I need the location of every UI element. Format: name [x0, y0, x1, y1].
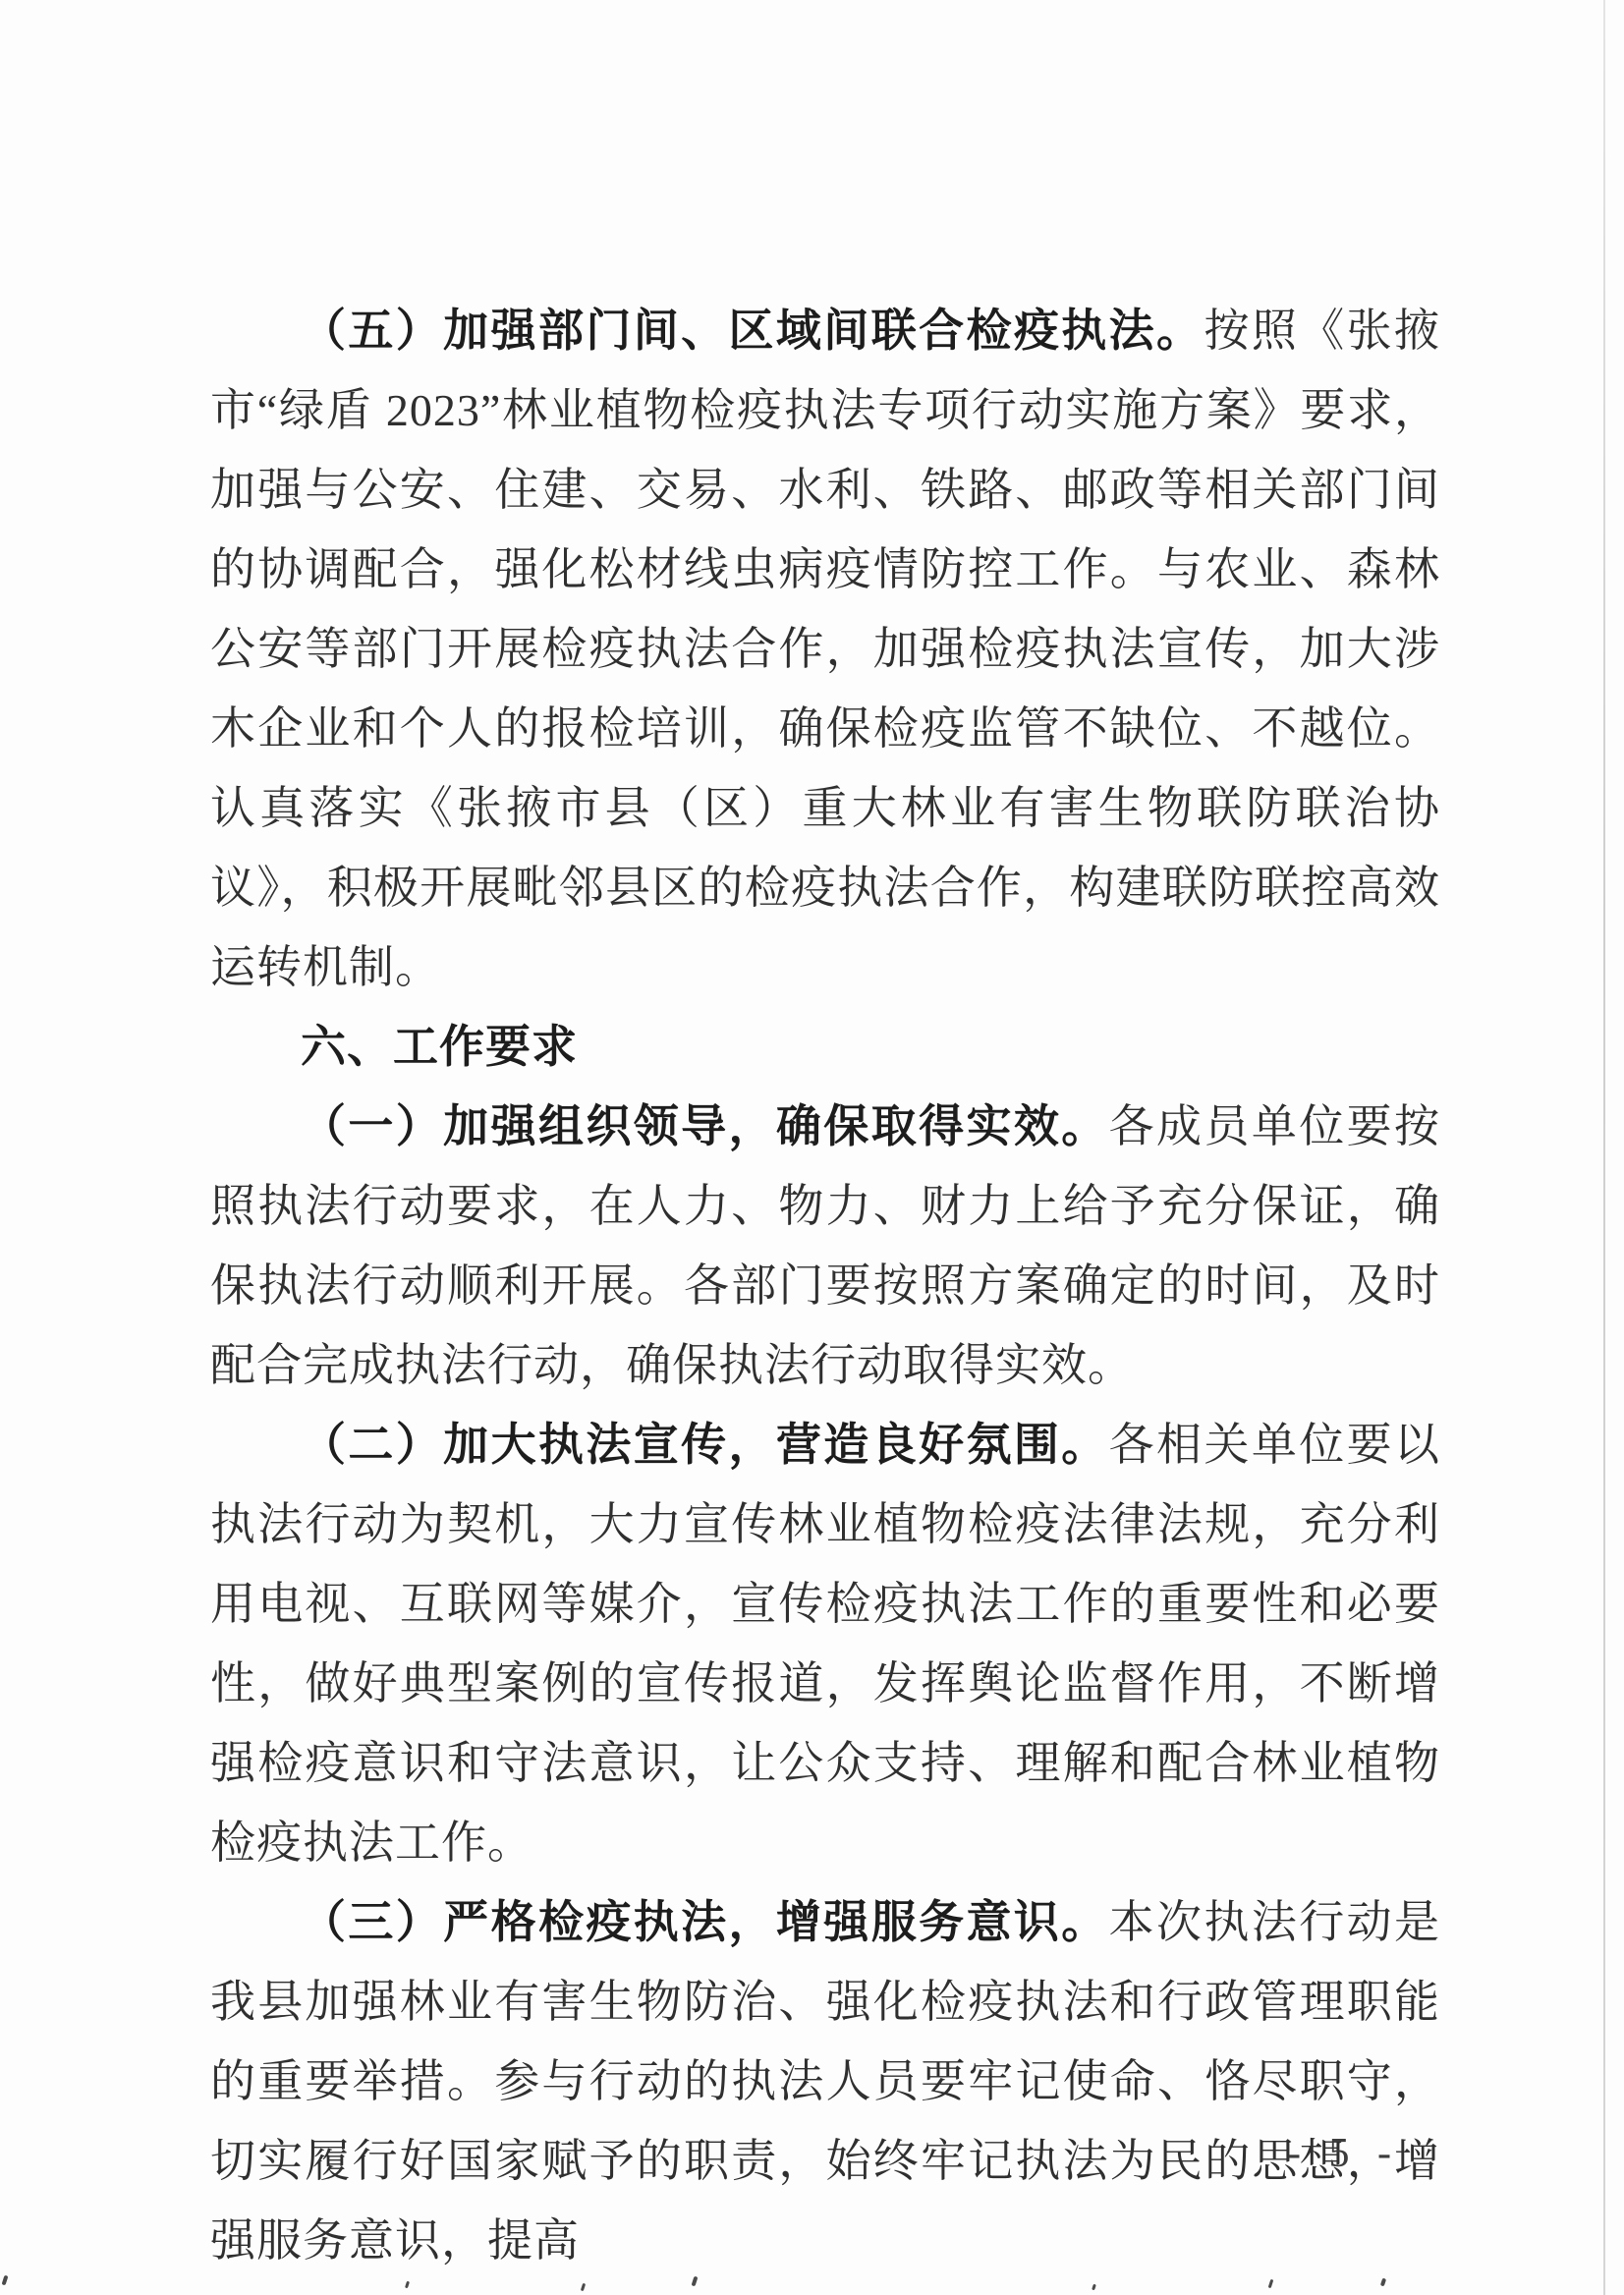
page-number: - 5 - [1287, 2130, 1400, 2177]
document-body: （五）加强部门间、区域间联合检疫执法。按照《张掖市“绿盾 2023”林业植物检疫… [210, 291, 1440, 2280]
scan-speckle [2, 2275, 9, 2286]
paragraph-item-3-text: 本次执法行动是我县加强林业有害生物防治、强化检疫执法和行政管理职能的重要举措。参… [210, 1897, 1440, 2266]
scanned-document-page: （五）加强部门间、区域间联合检疫执法。按照《张掖市“绿盾 2023”林业植物检疫… [0, 0, 1624, 2295]
paragraph-item-3-lead: （三）严格检疫执法，增强服务意识。 [301, 1896, 1109, 1947]
paragraph-item-3: （三）严格检疫执法，增强服务意识。本次执法行动是我县加强林业有害生物防治、强化检… [210, 1882, 1440, 2280]
scan-edge-line [1603, 0, 1605, 2295]
paragraph-item-5-lead: （五）加强部门间、区域间联合检疫执法。 [301, 305, 1204, 356]
paragraph-item-1-lead: （一）加强组织领导，确保取得实效。 [301, 1100, 1109, 1151]
scan-speckle [1380, 2278, 1386, 2287]
scan-speckle [405, 2281, 410, 2289]
scan-speckle [581, 2283, 586, 2292]
paragraph-item-2-text: 各相关单位要以执法行动为契机，大力宣传林业植物检疫法律法规，充分利用电视、互联网… [210, 1420, 1440, 1868]
paragraph-item-2: （二）加大执法宣传，营造良好氛围。各相关单位要以执法行动为契机，大力宣传林业植物… [210, 1405, 1440, 1882]
paragraph-item-2-lead: （二）加大执法宣传，营造良好氛围。 [301, 1419, 1109, 1470]
paragraph-item-5: （五）加强部门间、区域间联合检疫执法。按照《张掖市“绿盾 2023”林业植物检疫… [210, 291, 1440, 1007]
paragraph-item-1: （一）加强组织领导，确保取得实效。各成员单位要按照执法行动要求，在人力、物力、财… [210, 1087, 1440, 1405]
scan-speckle [1092, 2284, 1096, 2291]
paragraph-item-5-text: 按照《张掖市“绿盾 2023”林业植物检疫执法专项行动实施方案》要求，加强与公安… [210, 306, 1440, 992]
scan-speckle [1268, 2279, 1274, 2288]
section-heading-6: 六、工作要求 [210, 1007, 1440, 1087]
